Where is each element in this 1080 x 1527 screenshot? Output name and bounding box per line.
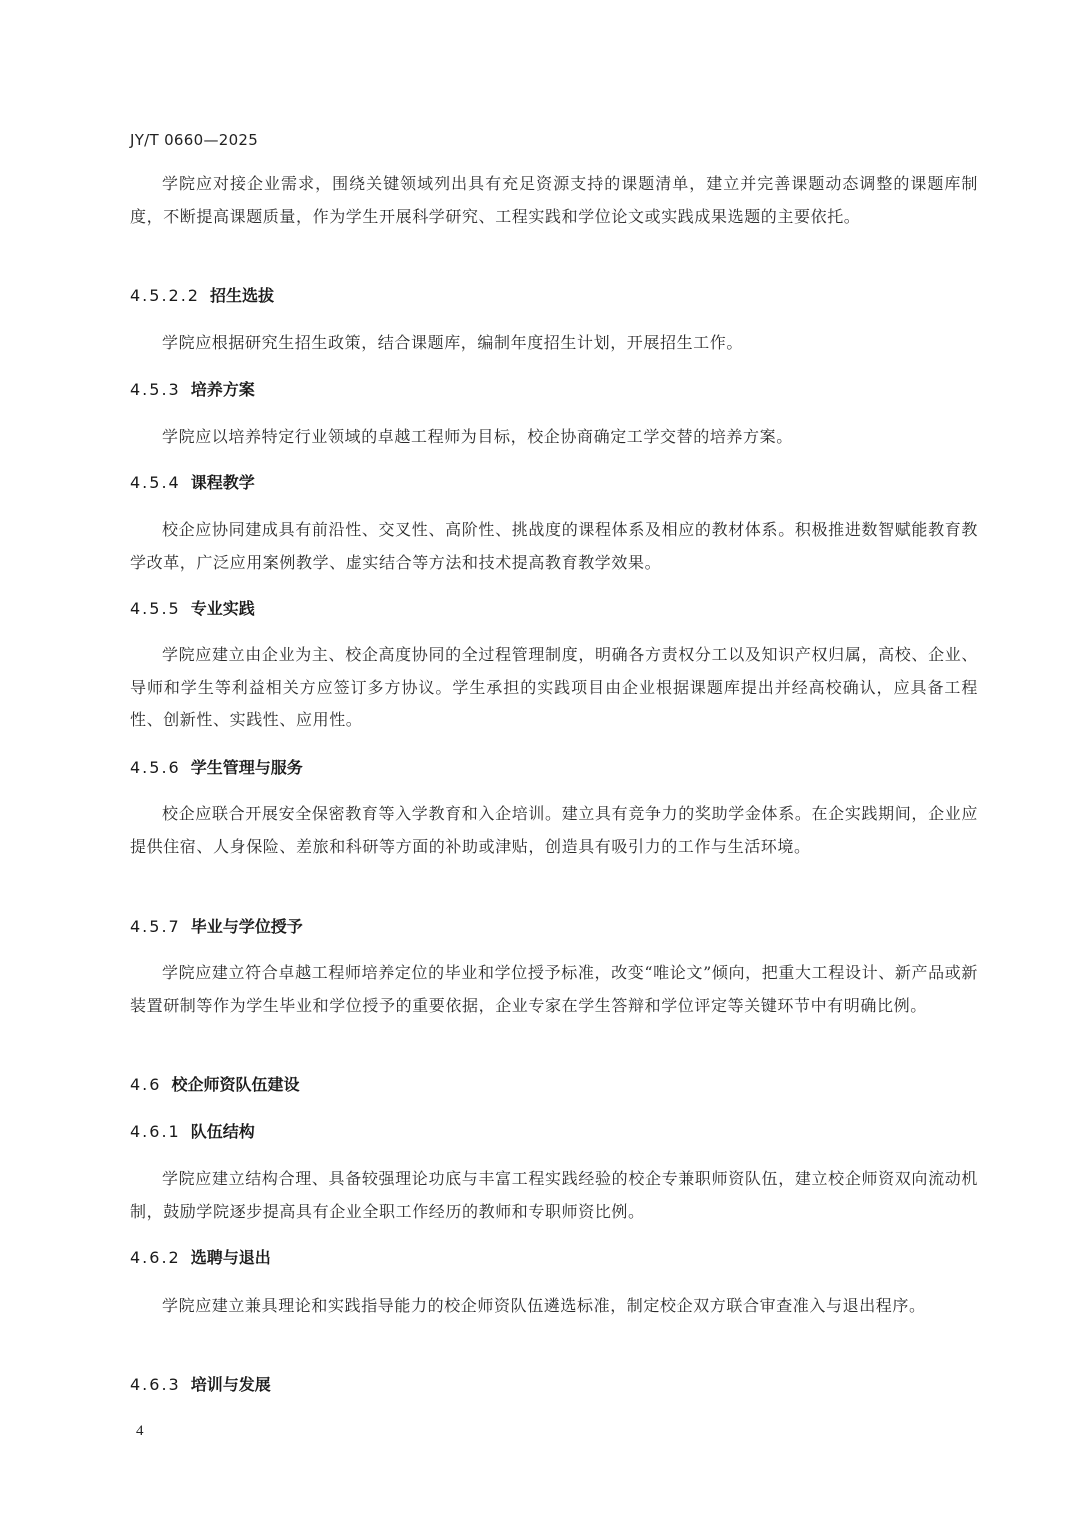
section-title: 培养方案 — [191, 380, 255, 399]
section-heading: 4.6校企师资队伍建设 — [130, 1073, 978, 1097]
section-title: 选聘与退出 — [191, 1248, 271, 1267]
section-title: 课程教学 — [191, 473, 255, 492]
section-number: 4.5.2.2 — [130, 284, 200, 308]
section-heading: 4.5.6学生管理与服务 — [130, 756, 978, 780]
section-title: 学生管理与服务 — [191, 758, 303, 777]
section-number: 4.5.7 — [130, 915, 181, 939]
section-number: 4.6.3 — [130, 1373, 181, 1397]
document-page: JY/T 0660—2025 学院应对接企业需求，围绕关键领域列出具有充足资源支… — [0, 0, 1080, 1527]
section-number: 4.6.2 — [130, 1246, 181, 1270]
paragraph: 学院应建立结构合理、具备较强理论功底与丰富工程实践经验的校企专兼职师资队伍，建立… — [130, 1163, 978, 1228]
section-number: 4.5.4 — [130, 471, 181, 495]
paragraph: 学院应建立符合卓越工程师培养定位的毕业和学位授予标准，改变“唯论文”倾向，把重大… — [130, 957, 978, 1022]
section-title: 专业实践 — [191, 599, 255, 618]
section-heading: 4.5.7毕业与学位授予 — [130, 915, 978, 939]
paragraph: 学院应对接企业需求，围绕关键领域列出具有充足资源支持的课题清单，建立并完善课题动… — [130, 168, 978, 233]
section-number: 4.6 — [130, 1073, 161, 1097]
section-heading: 4.5.4课程教学 — [130, 471, 978, 495]
section-heading: 4.6.2选聘与退出 — [130, 1246, 978, 1270]
section-title: 校企师资队伍建设 — [171, 1075, 299, 1094]
page-number: 4 — [136, 1423, 144, 1440]
section-number: 4.6.1 — [130, 1120, 181, 1144]
section-heading: 4.6.3培训与发展 — [130, 1373, 978, 1397]
section-number: 4.5.5 — [130, 597, 181, 621]
section-number: 4.5.3 — [130, 378, 181, 402]
section-title: 招生选拔 — [210, 286, 274, 305]
document-code-header: JY/T 0660—2025 — [130, 131, 258, 149]
paragraph: 学院应以培养特定行业领域的卓越工程师为目标，校企协商确定工学交替的培养方案。 — [130, 421, 978, 454]
section-heading: 4.5.2.2招生选拔 — [130, 284, 978, 308]
paragraph: 学院应根据研究生招生政策，结合课题库，编制年度招生计划，开展招生工作。 — [130, 327, 978, 360]
section-heading: 4.5.5专业实践 — [130, 597, 978, 621]
section-title: 队伍结构 — [191, 1122, 255, 1141]
paragraph: 学院应建立兼具理论和实践指导能力的校企师资队伍遴选标准，制定校企双方联合审查准入… — [130, 1290, 978, 1323]
section-heading: 4.5.3培养方案 — [130, 378, 978, 402]
paragraph: 校企应协同建成具有前沿性、交叉性、高阶性、挑战度的课程体系及相应的教材体系。积极… — [130, 514, 978, 579]
section-title: 毕业与学位授予 — [191, 917, 303, 936]
paragraph: 学院应建立由企业为主、校企高度协同的全过程管理制度，明确各方责权分工以及知识产权… — [130, 639, 978, 737]
section-heading: 4.6.1队伍结构 — [130, 1120, 978, 1144]
section-title: 培训与发展 — [191, 1375, 271, 1394]
section-number: 4.5.6 — [130, 756, 181, 780]
paragraph: 校企应联合开展安全保密教育等入学教育和入企培训。建立具有竞争力的奖助学金体系。在… — [130, 798, 978, 863]
